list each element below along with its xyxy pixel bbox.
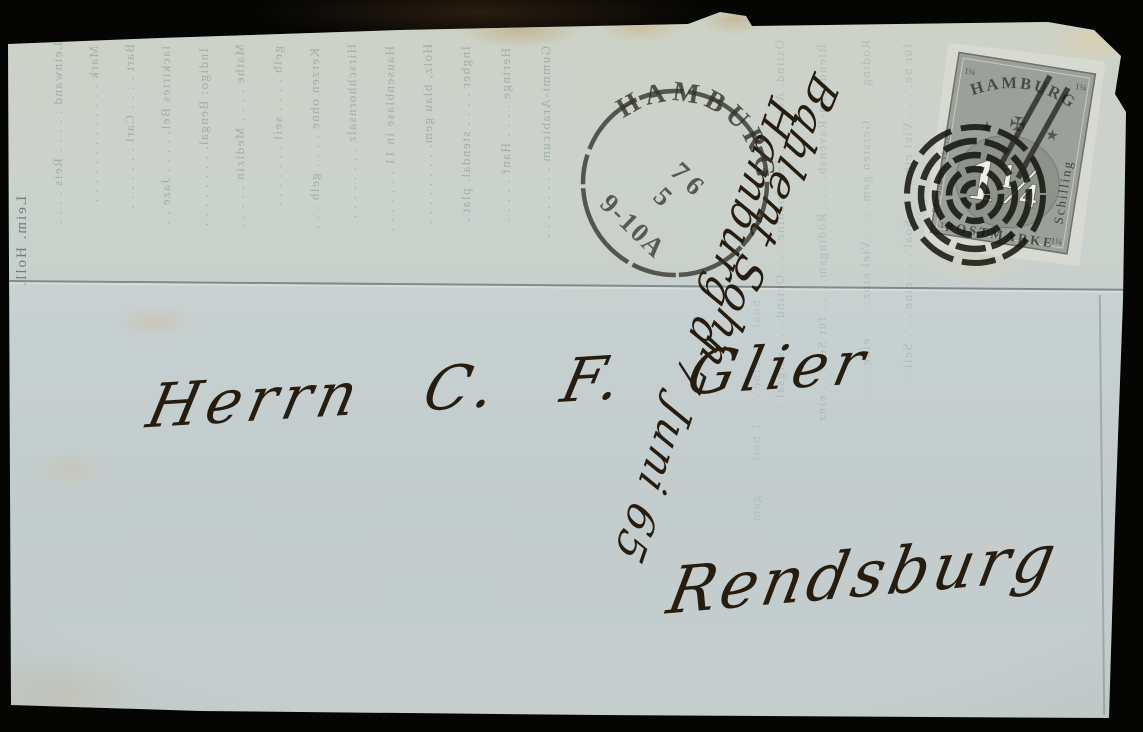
photo-background: Leinwand . . . . . Reis . . . . Mark . .…	[0, 0, 1143, 732]
letter-cover: Leinwand . . . . . Reis . . . . Mark . .…	[0, 0, 1143, 732]
paper-vignette	[0, 0, 1143, 732]
